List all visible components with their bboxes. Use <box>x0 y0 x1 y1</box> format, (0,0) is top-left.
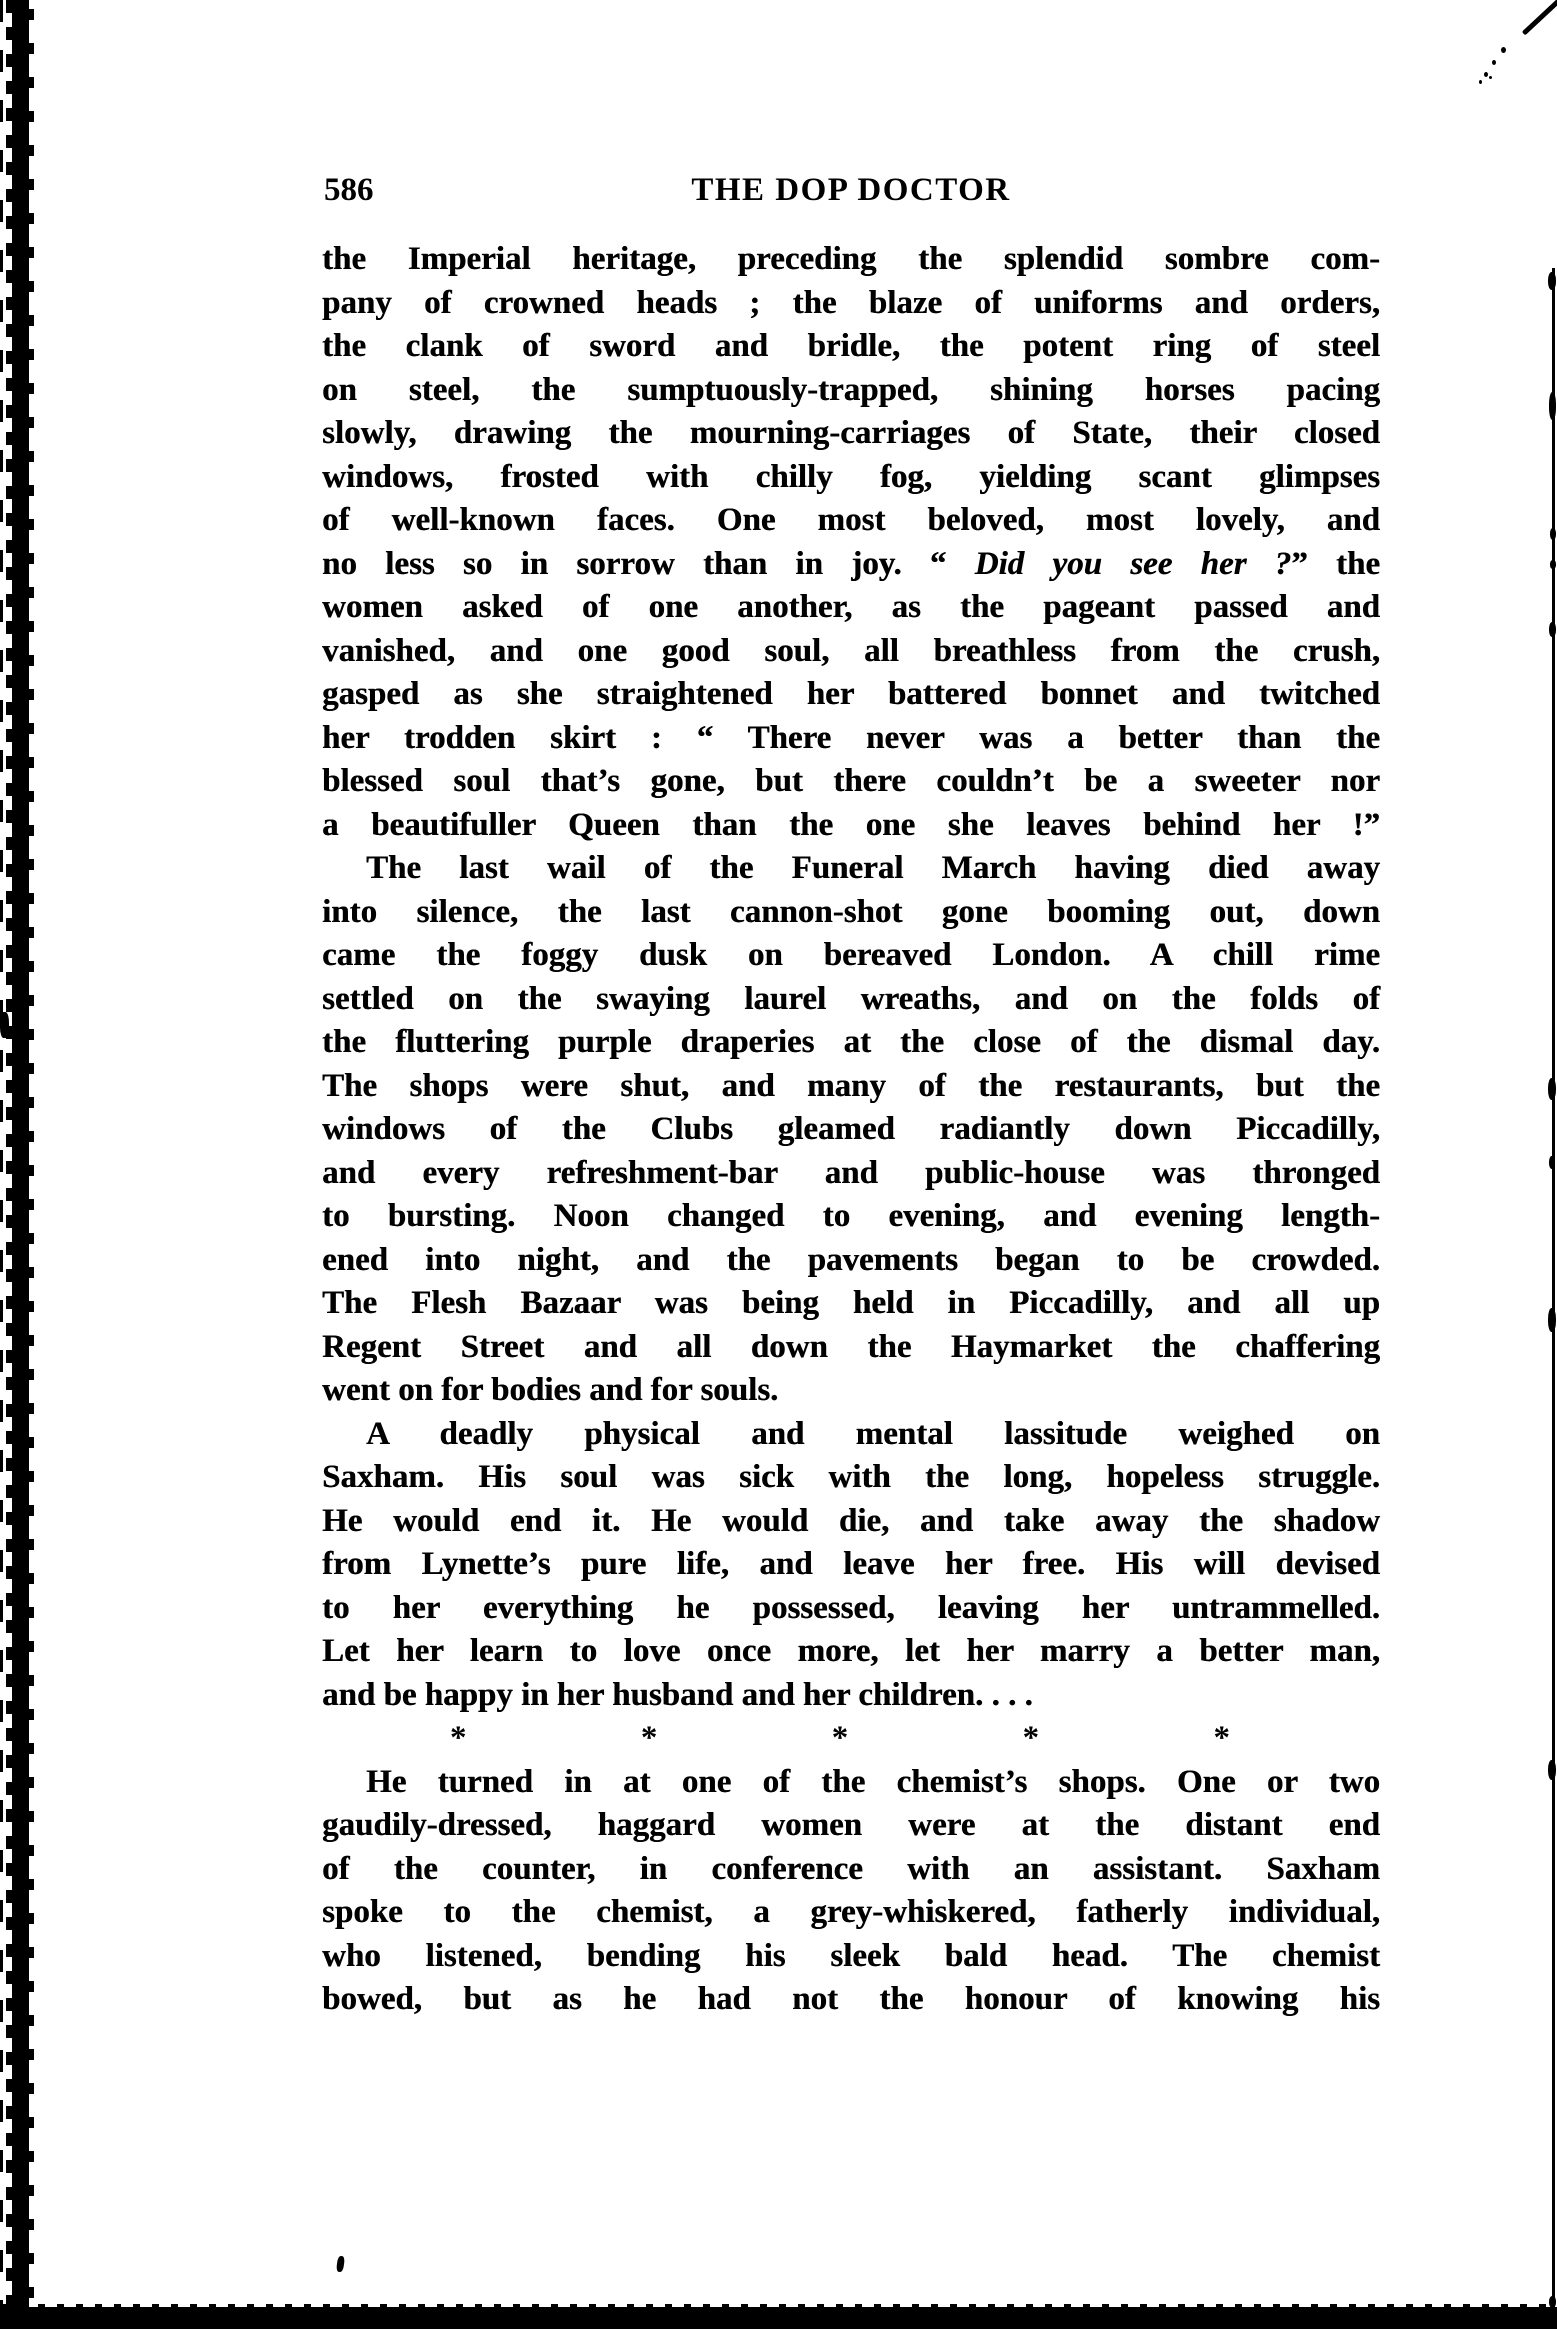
scan-blemish <box>1549 2296 1556 2308</box>
paragraph: The last wail of the Funeral March havin… <box>322 847 1380 1413</box>
text-line: windows of the Clubs gleamed radiantly d… <box>322 1108 1380 1152</box>
scan-speck <box>1501 47 1506 53</box>
text-line: windows, frosted with chilly fog, yieldi… <box>322 456 1380 500</box>
text-line: of the counter, in conference with an as… <box>322 1848 1380 1892</box>
text-line: A deadly physical and mental lassitude w… <box>322 1413 1380 1457</box>
text-line: no less so in sorrow than in joy. “ Did … <box>322 543 1380 587</box>
text-line: gasped as she straightened her battered … <box>322 673 1380 717</box>
text-line: vanished, and one good soul, all breathl… <box>322 630 1380 674</box>
text-line: came the foggy dusk on bereaved London. … <box>322 934 1380 978</box>
text-line: ened into night, and the pavements began… <box>322 1239 1380 1283</box>
scan-blemish <box>1548 272 1556 290</box>
text-line: settled on the swaying laurel wreaths, a… <box>322 978 1380 1022</box>
text-line: and every refreshment-bar and public-hou… <box>322 1152 1380 1196</box>
scan-blemish <box>1549 1156 1555 1169</box>
text-line: a beautifuller Queen than the one she le… <box>322 804 1380 848</box>
text-line: pany of crowned heads ; the blaze of uni… <box>322 282 1380 326</box>
text-line: from Lynette’s pure life, and leave her … <box>322 1543 1380 1587</box>
scan-speck <box>336 2256 345 2273</box>
page-number: 586 <box>324 168 374 212</box>
scan-right-edge-line <box>1552 268 1555 2329</box>
text-line: went on for bodies and for souls. <box>322 1369 1380 1413</box>
text-segment: ” the <box>1291 546 1380 582</box>
text-line: The last wail of the Funeral March havin… <box>322 847 1380 891</box>
text-line: her trodden skirt : “ There never was a … <box>322 717 1380 761</box>
running-title: THE DOP DOCTOR <box>322 168 1380 212</box>
text-line: and be happy in her husband and her chil… <box>322 1674 1380 1718</box>
page-header: 586 THE DOP DOCTOR <box>322 168 1380 212</box>
text-line: Let her learn to love once more, let her… <box>322 1630 1380 1674</box>
scan-gutter-band <box>12 0 29 2329</box>
text-line: on steel, the sumptuously-trapped, shini… <box>322 369 1380 413</box>
scanned-book-page: 586 THE DOP DOCTOR the Imperial heritage… <box>0 0 1557 2329</box>
text-line: Saxham. His soul was sick with the long,… <box>322 1456 1380 1500</box>
text-line: He turned in at one of the chemist’s sho… <box>322 1761 1380 1805</box>
text-segment: no less so in sorrow than in joy. “ <box>322 546 975 582</box>
paragraph: He turned in at one of the chemist’s sho… <box>322 1761 1380 2022</box>
text-line: women asked of one another, as the pagea… <box>322 586 1380 630</box>
scan-blemish <box>1549 622 1556 637</box>
scan-speck <box>1479 80 1482 84</box>
asterisk: * <box>450 1717 467 1761</box>
paragraph: A deadly physical and mental lassitude w… <box>322 1413 1380 1718</box>
text-line: The Flesh Bazaar was being held in Picca… <box>322 1282 1380 1326</box>
scan-left-edge-dashes <box>0 0 3 2329</box>
scan-speck <box>1492 60 1496 65</box>
italic-phrase: Did you see her ? <box>975 546 1292 582</box>
text-line: bowed, but as he had not the honour of k… <box>322 1978 1380 2022</box>
scan-speck <box>0 1012 9 1038</box>
text-line: gaudily-dressed, haggard women were at t… <box>322 1804 1380 1848</box>
scan-blemish <box>1549 392 1556 420</box>
text-line: to bursting. Noon changed to evening, an… <box>322 1195 1380 1239</box>
scan-blemish <box>1548 1078 1556 1100</box>
asterisk: * <box>1023 1717 1040 1761</box>
page-content: 586 THE DOP DOCTOR the Imperial heritage… <box>322 168 1380 2022</box>
asterisk: * <box>641 1717 658 1761</box>
scan-blemish <box>1550 560 1556 569</box>
text-line: blessed soul that’s gone, but there coul… <box>322 760 1380 804</box>
text-line: who listened, bending his sleek bald hea… <box>322 1935 1380 1979</box>
text-line: slowly, drawing the mourning-carriages o… <box>322 412 1380 456</box>
text-line: the fluttering purple draperies at the c… <box>322 1021 1380 1065</box>
text-line: to her everything he possessed, leaving … <box>322 1587 1380 1631</box>
scan-blemish <box>1550 528 1556 540</box>
scan-speck <box>1484 72 1488 77</box>
scan-blemish <box>1548 1308 1556 1332</box>
asterisk-separator: ***** <box>322 1717 1380 1761</box>
text-line: the clank of sword and bridle, the poten… <box>322 325 1380 369</box>
paragraph: the Imperial heritage, preceding the spl… <box>322 238 1380 847</box>
scan-speck <box>1489 76 1492 79</box>
asterisk: * <box>1214 1717 1231 1761</box>
text-line: spoke to the chemist, a grey-whiskered, … <box>322 1891 1380 1935</box>
text-line: the Imperial heritage, preceding the spl… <box>322 238 1380 282</box>
text-line: Regent Street and all down the Haymarket… <box>322 1326 1380 1370</box>
text-line: The shops were shut, and many of the res… <box>322 1065 1380 1109</box>
text-line: into silence, the last cannon-shot gone … <box>322 891 1380 935</box>
body-text: the Imperial heritage, preceding the spl… <box>322 238 1380 2022</box>
scan-blemish <box>1548 1760 1556 1780</box>
asterisk: * <box>832 1717 849 1761</box>
scan-bottom-bar <box>0 2307 1557 2329</box>
scan-scratch-line <box>1522 0 1557 35</box>
text-line: of well-known faces. One most beloved, m… <box>322 499 1380 543</box>
text-line: He would end it. He would die, and take … <box>322 1500 1380 1544</box>
